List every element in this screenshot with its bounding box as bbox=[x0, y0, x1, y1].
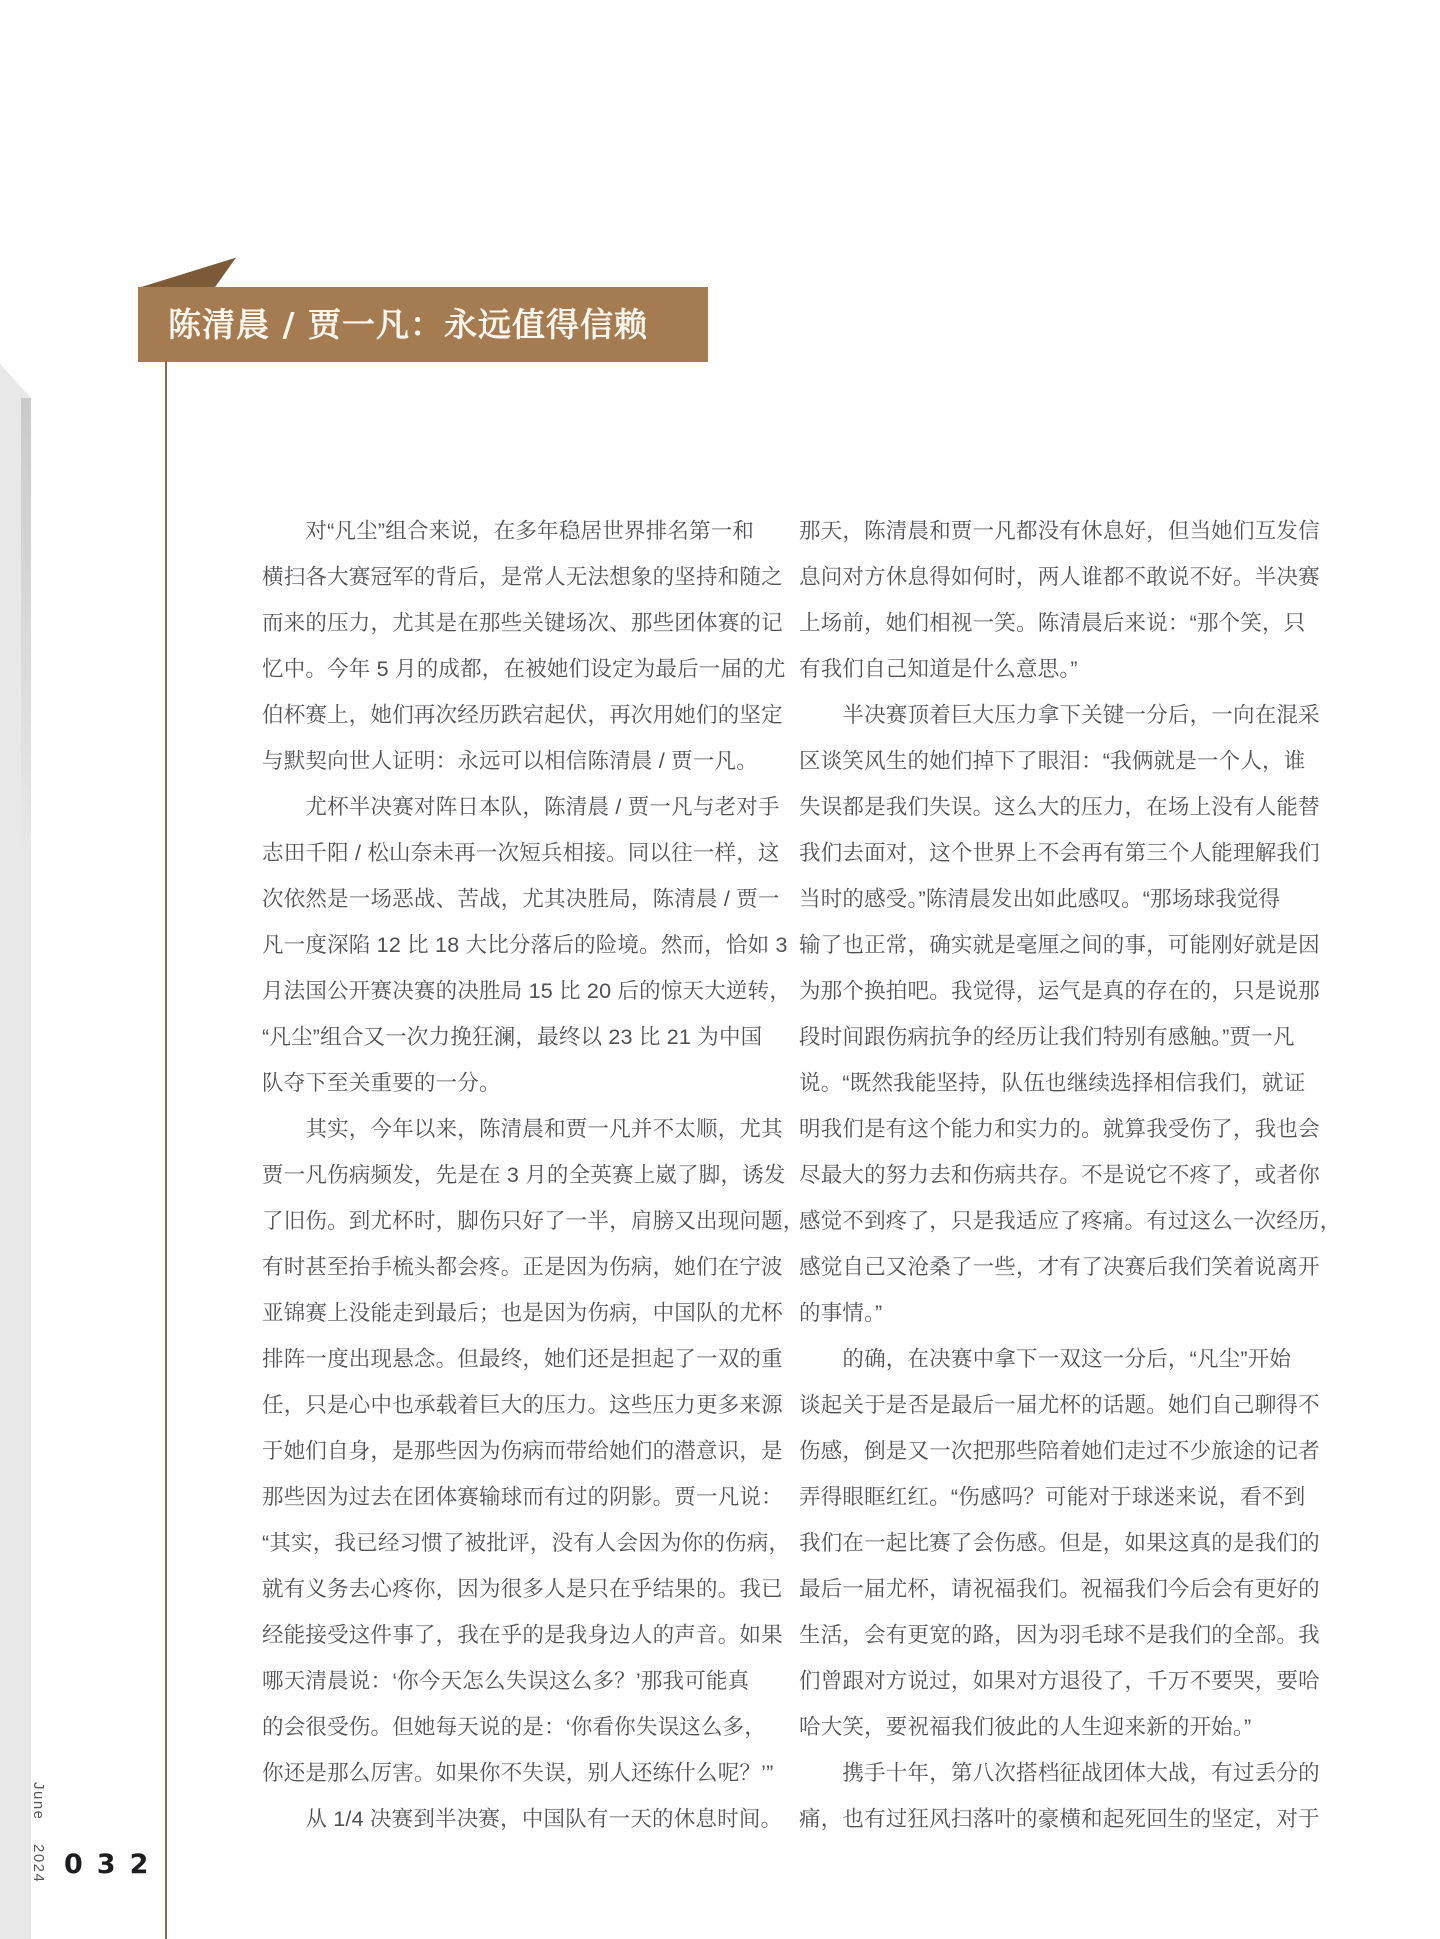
text-line: 感觉不到疼了，只是我适应了疼痛。有过这么一次经历， bbox=[799, 1198, 1321, 1244]
text-line: 谈起关于是否是最后一届尤杯的话题。她们自己聊得不 bbox=[799, 1382, 1321, 1428]
text-line: 哈大笑，要祝福我们彼此的人生迎来新的开始。” bbox=[799, 1704, 1321, 1750]
text-line: 们曾跟对方说过，如果对方退役了，千万不要哭，要哈 bbox=[799, 1658, 1321, 1704]
text-line: 最后一届尤杯，请祝福我们。祝福我们今后会有更好的 bbox=[799, 1566, 1321, 1612]
text-line: 对“凡尘”组合来说，在多年稳居世界排名第一和 bbox=[262, 508, 784, 554]
text-line: 尽最大的努力去和伤病共存。不是说它不疼了，或者你 bbox=[799, 1152, 1321, 1198]
text-line: 月法国公开赛决赛的决胜局 15 比 20 后的惊天大逆转， bbox=[262, 968, 784, 1014]
text-line: 的会很受伤。但她每天说的是：‘你看你失误这么多， bbox=[262, 1704, 784, 1750]
text-line: 排阵一度出现悬念。但最终，她们还是担起了一双的重 bbox=[262, 1336, 784, 1382]
text-line: 与默契向世人证明：永远可以相信陈清晨 / 贾一凡。 bbox=[262, 738, 784, 784]
article-title: 陈清晨 / 贾一凡：永远值得信赖 bbox=[168, 287, 708, 362]
text-line: 于她们自身，是那些因为伤病而带给她们的潜意识，是 bbox=[262, 1428, 784, 1474]
text-line: 说。“既然我能坚持，队伍也继续选择相信我们，就证 bbox=[799, 1060, 1321, 1106]
text-line: 那天，陈清晨和贾一凡都没有休息好，但当她们互发信 bbox=[799, 508, 1321, 554]
text-line: 息问对方休息得如何时，两人谁都不敢说不好。半决赛 bbox=[799, 554, 1321, 600]
text-line: 有时甚至抬手梳头都会疼。正是因为伤病，她们在宁波 bbox=[262, 1244, 784, 1290]
text-line: 尤杯半决赛对阵日本队，陈清晨 / 贾一凡与老对手 bbox=[262, 784, 784, 830]
magazine-page: 陈清晨 / 贾一凡：永远值得信赖 对“凡尘”组合来说，在多年稳居世界排名第一和横… bbox=[0, 0, 1440, 1939]
text-line: 哪天清晨说：‘你今天怎么失误这么多？’那我可能真 bbox=[262, 1658, 784, 1704]
title-banner: 陈清晨 / 贾一凡：永远值得信赖 bbox=[138, 287, 708, 362]
text-line: 我们去面对，这个世界上不会再有第三个人能理解我们 bbox=[799, 830, 1321, 876]
text-line: 贾一凡伤病频发，先是在 3 月的全英赛上崴了脚，诱发 bbox=[262, 1152, 784, 1198]
text-line: 我们在一起比赛了会伤感。但是，如果这真的是我们的 bbox=[799, 1520, 1321, 1566]
article-column-right: 那天，陈清晨和贾一凡都没有休息好，但当她们互发信息问对方休息得如何时，两人谁都不… bbox=[799, 508, 1321, 1842]
banner-fold-triangle bbox=[138, 257, 236, 288]
text-line: 弄得眼眶红红。“伤感吗？可能对于球迷来说，看不到 bbox=[799, 1474, 1321, 1520]
text-line: 凡一度深陷 12 比 18 大比分落后的险境。然而，恰如 3 bbox=[262, 922, 784, 968]
text-line: 就有义务去心疼你，因为很多人是只在乎结果的。我已 bbox=[262, 1566, 784, 1612]
text-line: 其实，今年以来，陈清晨和贾一凡并不太顺，尤其 bbox=[262, 1106, 784, 1152]
text-line: 区谈笑风生的她们掉下了眼泪：“我俩就是一个人，谁 bbox=[799, 738, 1321, 784]
footer-year: 2024 bbox=[30, 1844, 47, 1883]
text-line: 那些因为过去在团体赛输球而有过的阴影。贾一凡说： bbox=[262, 1474, 784, 1520]
text-line: 志田千阳 / 松山奈未再一次短兵相接。同以往一样，这 bbox=[262, 830, 784, 876]
text-line: 痛，也有过狂风扫落叶的豪横和起死回生的坚定，对于 bbox=[799, 1796, 1321, 1842]
page-number: 032 bbox=[64, 1849, 162, 1880]
text-line: 次依然是一场恶战、苦战，尤其决胜局，陈清晨 / 贾一 bbox=[262, 876, 784, 922]
vertical-rule bbox=[165, 361, 167, 1939]
text-line: 了旧伤。到尤杯时，脚伤只好了一半，肩膀又出现问题， bbox=[262, 1198, 784, 1244]
text-line: “其实，我已经习惯了被批评，没有人会因为你的伤病， bbox=[262, 1520, 784, 1566]
text-line: 忆中。今年 5 月的成都，在被她们设定为最后一届的尤 bbox=[262, 646, 784, 692]
text-line: 感觉自己又沧桑了一些，才有了决赛后我们笑着说离开 bbox=[799, 1244, 1321, 1290]
text-line: 为那个换拍吧。我觉得，运气是真的存在的，只是说那 bbox=[799, 968, 1321, 1014]
text-line: 任，只是心中也承载着巨大的压力。这些压力更多来源 bbox=[262, 1382, 784, 1428]
footer-month: June bbox=[30, 1782, 47, 1821]
text-line: “凡尘”组合又一次力挽狂澜，最终以 23 比 21 为中国 bbox=[262, 1014, 784, 1060]
text-line: 伤感，倒是又一次把那些陪着她们走过不少旅途的记者 bbox=[799, 1428, 1321, 1474]
text-line: 失误都是我们失误。这么大的压力，在场上没有人能替 bbox=[799, 784, 1321, 830]
text-line: 你还是那么厉害。如果你不失误，别人还练什么呢？’” bbox=[262, 1750, 784, 1796]
text-line: 段时间跟伤病抗争的经历让我们特别有感触。”贾一凡 bbox=[799, 1014, 1321, 1060]
text-line: 从 1/4 决赛到半决赛，中国队有一天的休息时间。 bbox=[262, 1796, 784, 1842]
footer-date: June 2024 bbox=[30, 1782, 47, 1884]
text-line: 有我们自己知道是什么意思。” bbox=[799, 646, 1321, 692]
text-line: 亚锦赛上没能走到最后；也是因为伤病，中国队的尤杯 bbox=[262, 1290, 784, 1336]
text-line: 当时的感受。”陈清晨发出如此感叹。“那场球我觉得 bbox=[799, 876, 1321, 922]
text-line: 的确，在决赛中拿下一双这一分后，“凡尘”开始 bbox=[799, 1336, 1321, 1382]
text-line: 上场前，她们相视一笑。陈清晨后来说：“那个笑，只 bbox=[799, 600, 1321, 646]
text-line: 的事情。” bbox=[799, 1290, 1321, 1336]
text-line: 队夺下至关重要的一分。 bbox=[262, 1060, 784, 1106]
text-line: 明我们是有这个能力和实力的。就算我受伤了，我也会 bbox=[799, 1106, 1321, 1152]
text-line: 生活，会有更宽的路，因为羽毛球不是我们的全部。我 bbox=[799, 1612, 1321, 1658]
text-line: 横扫各大赛冠军的背后，是常人无法想象的坚持和随之 bbox=[262, 554, 784, 600]
text-line: 半决赛顶着巨大压力拿下关键一分后，一向在混采 bbox=[799, 692, 1321, 738]
text-line: 伯杯赛上，她们再次经历跌宕起伏，再次用她们的坚定 bbox=[262, 692, 784, 738]
text-line: 而来的压力，尤其是在那些关键场次、那些团体赛的记 bbox=[262, 600, 784, 646]
page-edge-strip-shadow bbox=[21, 398, 31, 858]
text-line: 携手十年，第八次搭档征战团体大战，有过丢分的 bbox=[799, 1750, 1321, 1796]
text-line: 输了也正常，确实就是毫厘之间的事，可能刚好就是因 bbox=[799, 922, 1321, 968]
text-line: 经能接受这件事了，我在乎的是我身边人的声音。如果 bbox=[262, 1612, 784, 1658]
article-column-left: 对“凡尘”组合来说，在多年稳居世界排名第一和横扫各大赛冠军的背后，是常人无法想象… bbox=[262, 508, 784, 1842]
